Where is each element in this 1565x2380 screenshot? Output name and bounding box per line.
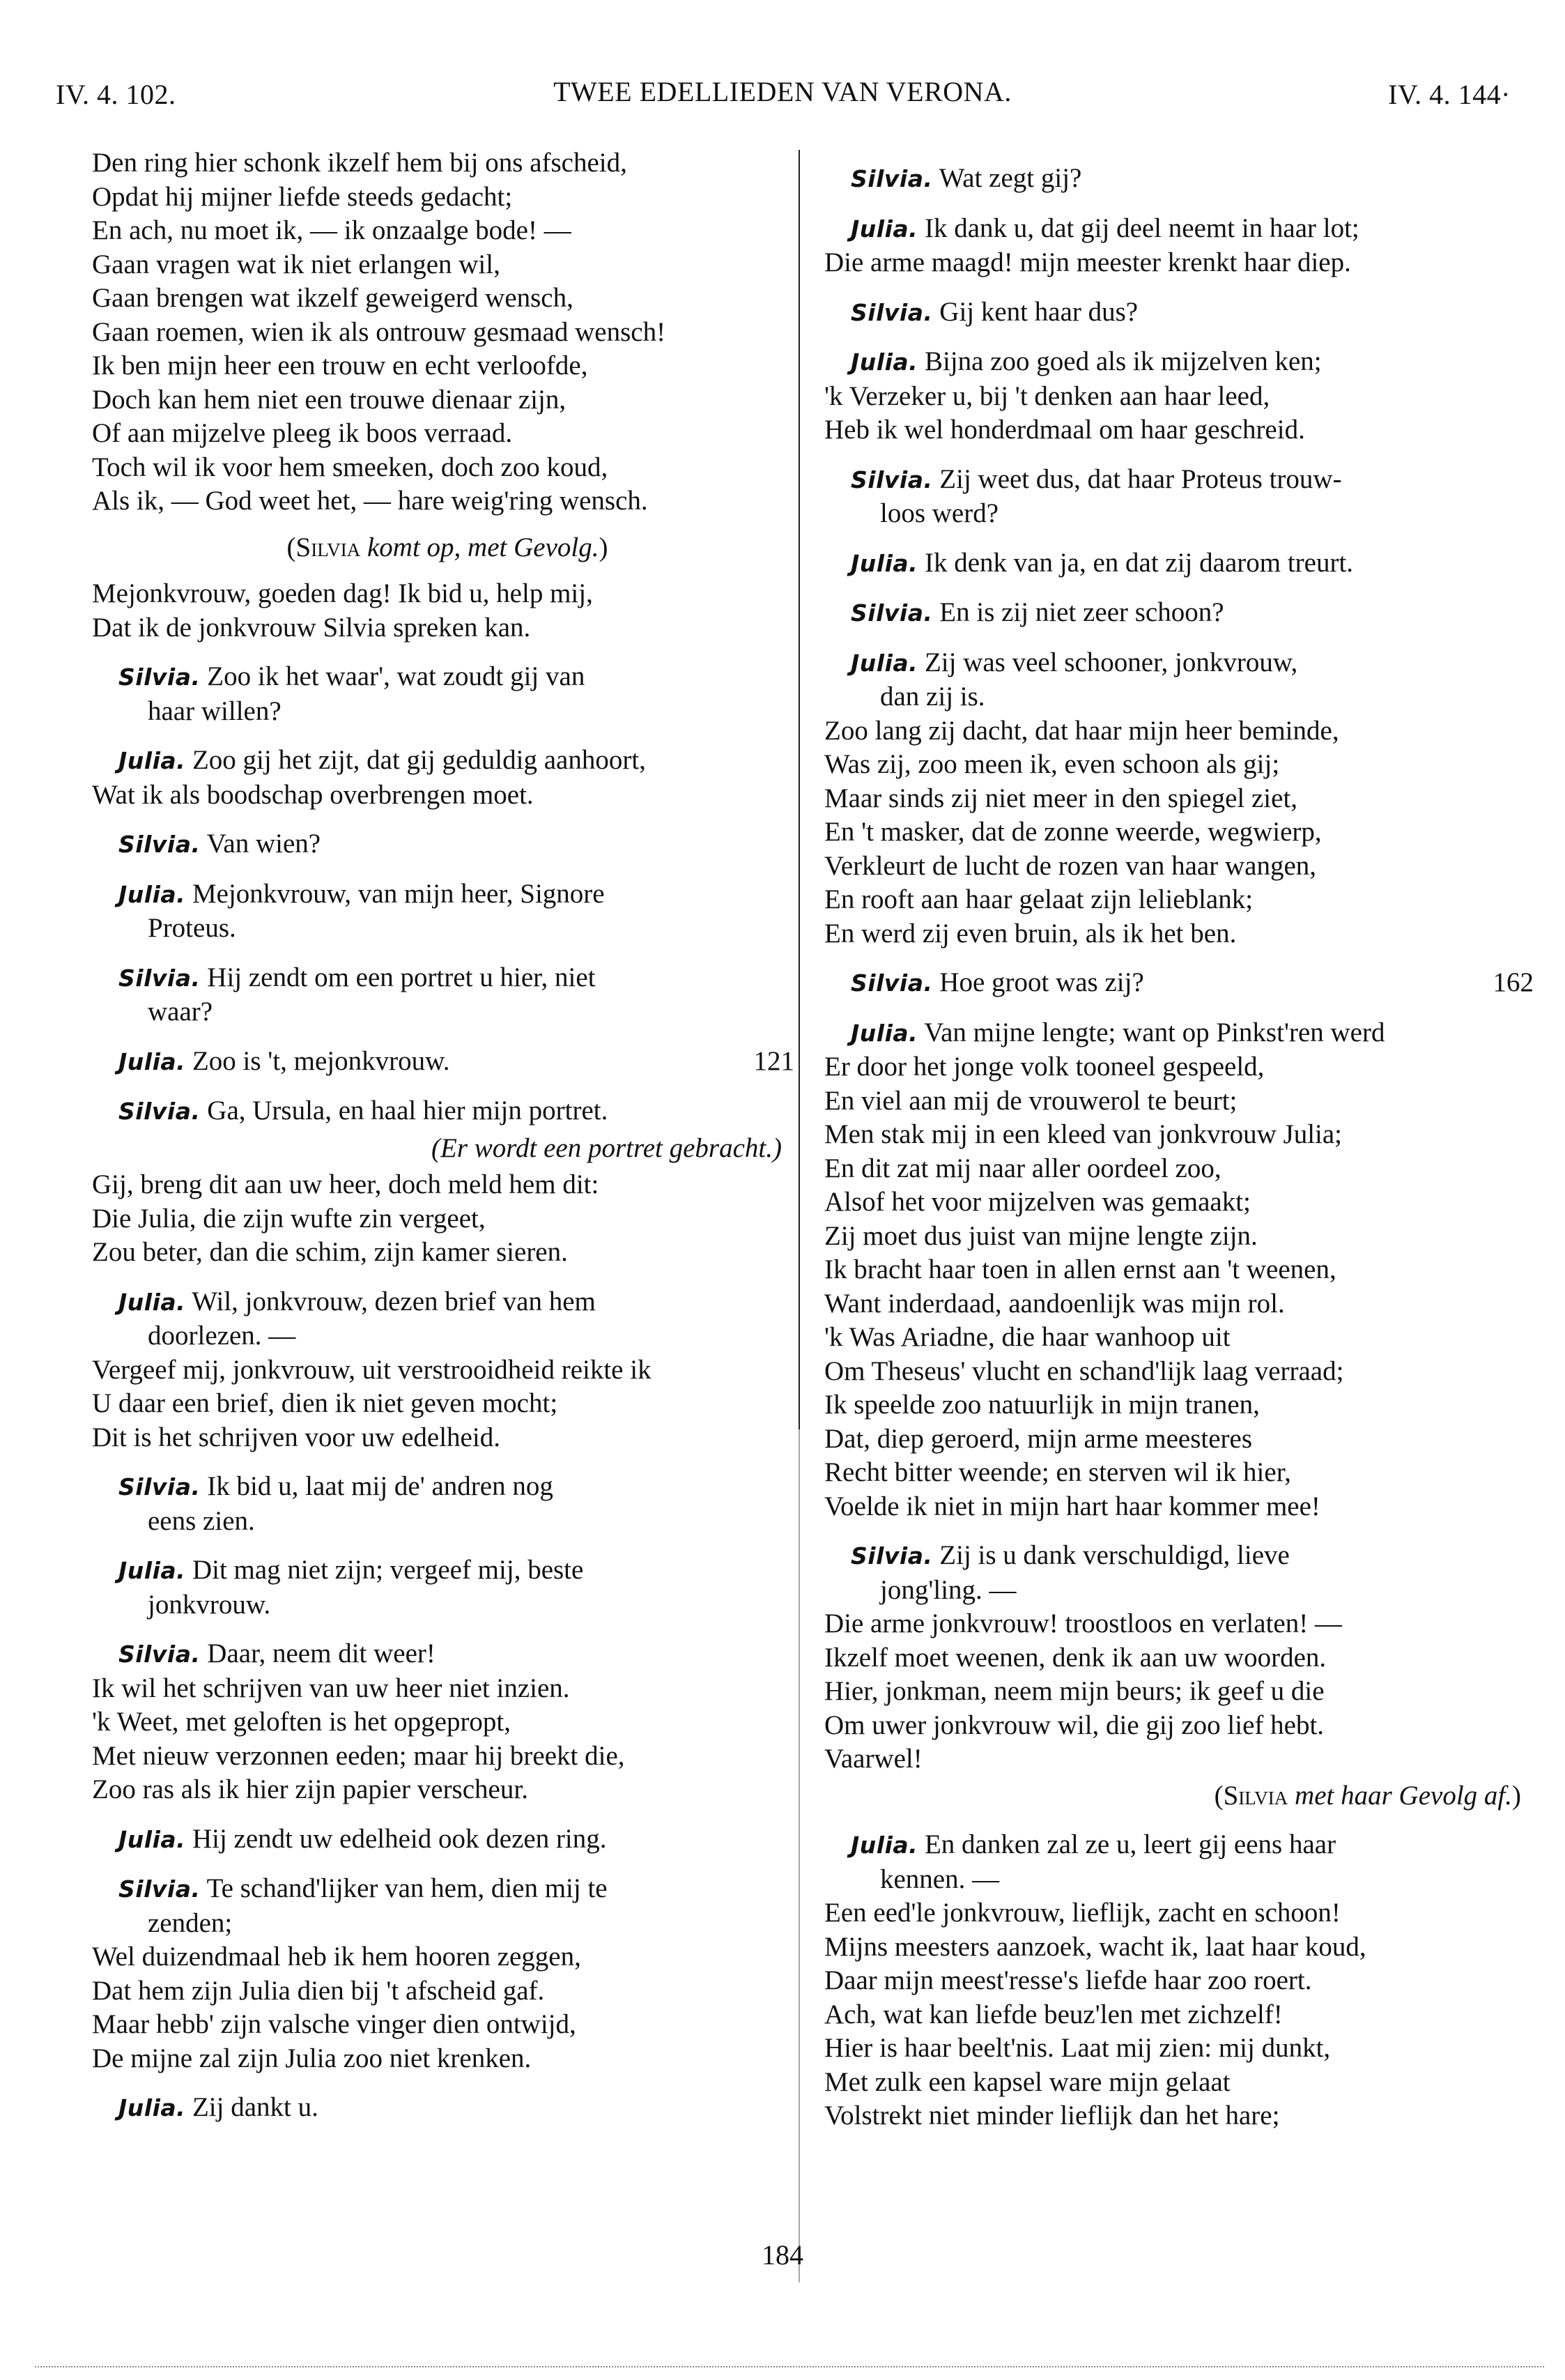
speaker-name: Julia. xyxy=(118,881,185,908)
speech-block: Silvia. Wat zegt gij? xyxy=(824,162,1542,197)
speech-text: Zij weet dus, dat haar Proteus trouw- xyxy=(939,464,1341,494)
verse-line: Er door het jonge volk tooneel gespeeld, xyxy=(824,1050,1542,1084)
speech-continuation: waar? xyxy=(92,995,803,1029)
verse-line: En werd zij even bruin, als ik het ben. xyxy=(824,917,1542,951)
speaker-name: Julia. xyxy=(118,1289,185,1316)
speech-first-line: Julia. Dit mag niet zijn; vergeef mij, b… xyxy=(92,1553,803,1588)
speaker-name: Silvia. xyxy=(118,1641,201,1668)
page-number: 184 xyxy=(0,2239,1565,2271)
speech-block: Silvia. Ik bid u, laat mij de' andren no… xyxy=(92,1470,803,1538)
speech-text: Bijna zoo goed als ik mijzelven ken; xyxy=(925,346,1322,376)
speech-text: Hij zendt om een portret u hier, niet xyxy=(207,962,595,992)
speech-continuation: jong'ling. — xyxy=(824,1574,1542,1608)
paren-close: ) xyxy=(599,532,608,562)
speech-first-line: Silvia. Ik bid u, laat mij de' andren no… xyxy=(92,1470,803,1505)
verse-line: Wat ik als boodschap overbrengen moet. xyxy=(92,778,803,813)
speaker-name: Julia. xyxy=(118,1048,185,1075)
speech-first-line: Silvia. Gij kent haar dus? xyxy=(824,295,1542,330)
speaker-name: Silvia. xyxy=(118,1473,201,1500)
speech-continuation: loos werd? xyxy=(824,497,1542,531)
paren-open: ( xyxy=(1215,1781,1224,1811)
verse-line: Maar hebb' zijn valsche vinger dien ontw… xyxy=(92,2008,803,2042)
running-header: IV. 4. 102. TWEE EDELLIEDEN VAN VERONA. … xyxy=(42,78,1523,120)
speech-block: Julia. Ik dank u, dat gij deel neemt in … xyxy=(824,212,1542,280)
scan-edge-dots xyxy=(35,2366,1544,2369)
right-column: Silvia. Wat zegt gij?Julia. Ik dank u, d… xyxy=(824,146,1542,2133)
speech-text: Dit mag niet zijn; vergeef mij, beste xyxy=(192,1555,583,1585)
verse-line: Ik ben mijn heer een trouw en echt verlo… xyxy=(92,349,803,383)
speech-block: Julia. Van mijne lengte; want op Pinkst'… xyxy=(824,1016,1542,1524)
verse-line: Of aan mijzelve pleeg ik boos verraad. xyxy=(92,417,803,451)
speech-block: Silvia. Gij kent haar dus? xyxy=(824,295,1542,330)
speech-text: Te schand'lijker van hem, dien mij te xyxy=(207,1873,608,1903)
speech-block: Julia. Bijna zoo goed als ik mijzelven k… xyxy=(824,345,1542,447)
speech-block: Julia. Dit mag niet zijn; vergeef mij, b… xyxy=(92,1553,803,1622)
verse-line: Zij moet dus juist van mijne lengte zijn… xyxy=(824,1220,1542,1254)
speech-block: Silvia. Zij is u dank verschuldigd, liev… xyxy=(824,1539,1542,1776)
speech-first-line: Silvia. Hij zendt om een portret u hier,… xyxy=(92,961,803,996)
speech-text: Zoo is 't, mejonkvrouw. xyxy=(192,1046,450,1076)
speech-block: Silvia. Ga, Ursula, en haal hier mijn po… xyxy=(92,1094,803,1129)
speech-block: Silvia. Te schand'lijker van hem, dien m… xyxy=(92,1872,803,2075)
verse-line: Vaarwel! xyxy=(824,1742,1542,1776)
speech-first-line: Julia. Zoo is 't, mejonkvrouw.121 xyxy=(92,1045,803,1080)
speech-text: Van mijne lengte; want op Pinkst'ren wer… xyxy=(924,1018,1385,1047)
speech-first-line: Julia. Mejonkvrouw, van mijn heer, Signo… xyxy=(92,877,803,912)
verse-line: En rooft aan haar gelaat zijn lelieblank… xyxy=(824,883,1542,917)
speech-first-line: Julia. Ik denk van ja, en dat zij daarom… xyxy=(824,546,1542,581)
speech-continuation: jonkvrouw. xyxy=(92,1588,803,1622)
speech-first-line: Silvia. Ga, Ursula, en haal hier mijn po… xyxy=(92,1094,803,1129)
speech-text: En danken zal ze u, leert gij eens haar xyxy=(925,1829,1336,1859)
speech-text: Van wien? xyxy=(207,829,321,859)
paren-close: ) xyxy=(1512,1781,1521,1811)
speaker-name: Silvia. xyxy=(851,466,933,493)
verse-line: Den ring hier schonk ikzelf hem bij ons … xyxy=(92,146,803,181)
speaker-name: Silvia. xyxy=(851,165,933,192)
verse-line: De mijne zal zijn Julia zoo niet krenken… xyxy=(92,2042,803,2076)
speech-text: Wat zegt gij? xyxy=(939,163,1082,193)
speech-first-line: Silvia. Te schand'lijker van hem, dien m… xyxy=(92,1872,803,1907)
speech-first-line: Silvia. Hoe groot was zij?162 xyxy=(824,966,1542,1001)
verse-line: Maar sinds zij niet meer in den spiegel … xyxy=(824,782,1542,816)
speech-first-line: Silvia. En is zij niet zeer schoon? xyxy=(824,596,1542,631)
speaker-name: Julia. xyxy=(851,650,918,677)
verse-line: Opdat hij mijner liefde steeds gedacht; xyxy=(92,181,803,215)
speech-first-line: Julia. Wil, jonkvrouw, dezen brief van h… xyxy=(92,1285,803,1320)
line-number: 121 xyxy=(754,1045,803,1079)
verse-line: Mejonkvrouw, goeden dag! Ik bid u, help … xyxy=(92,577,803,611)
speech-first-line: Julia. Van mijne lengte; want op Pinkst'… xyxy=(824,1016,1542,1051)
stage-text: met haar Gevolg af. xyxy=(1288,1781,1512,1811)
character-name: Silvia xyxy=(1224,1781,1288,1811)
verse-line: 'k Was Ariadne, die haar wanhoop uit xyxy=(824,1321,1542,1355)
verse-line: Doch kan hem niet een trouwe dienaar zij… xyxy=(92,383,803,417)
stage-direction: (Silvia komt op, met Gevolg.) xyxy=(92,531,803,565)
verse-line: En 't masker, dat de zonne weerde, wegwi… xyxy=(824,815,1542,850)
speech-text: Zij is u dank verschuldigd, lieve xyxy=(939,1540,1290,1570)
verse-line: Voelde ik niet in mijn hart haar kommer … xyxy=(824,1490,1542,1524)
verse-line: Gaan vragen wat ik niet erlangen wil, xyxy=(92,248,803,282)
verse-line: En viel aan mij de vrouwerol te beurt; xyxy=(824,1084,1542,1119)
speech-text: Wil, jonkvrouw, dezen brief van hem xyxy=(192,1287,596,1316)
stage-text: komt op, met Gevolg. xyxy=(360,532,599,562)
verse-line: 'k Weet, met geloften is het opgepropt, xyxy=(92,1705,803,1740)
speech-block: Julia. Hij zendt uw edelheid ook dezen r… xyxy=(92,1822,803,1857)
verse-line: Met zulk een kapsel ware mijn gelaat xyxy=(824,2066,1542,2100)
speech-continuation: eens zien. xyxy=(92,1505,803,1539)
speech-text: Ik denk van ja, en dat zij daarom treurt… xyxy=(925,548,1353,578)
speech-first-line: Silvia. Van wien? xyxy=(92,827,803,862)
speech-block: Julia. Zij was veel schooner, jonkvrouw,… xyxy=(824,646,1542,951)
speaker-name: Julia. xyxy=(118,2094,185,2121)
speaker-name: Julia. xyxy=(851,550,918,577)
speech-continuation: zenden; xyxy=(92,1907,803,1941)
verse-line: Vergeef mij, jonkvrouw, uit verstrooidhe… xyxy=(92,1353,803,1388)
speaker-name: Silvia. xyxy=(118,663,201,691)
character-name: Silvia xyxy=(296,532,361,562)
verse-line: En dit zat mij naar aller oordeel zoo, xyxy=(824,1152,1542,1186)
verse-line: Ikzelf moet weenen, denk ik aan uw woord… xyxy=(824,1641,1542,1675)
speech-block: Julia. Mejonkvrouw, van mijn heer, Signo… xyxy=(92,877,803,946)
stage-direction: (Er wordt een portret gebracht.) xyxy=(92,1132,803,1166)
verse-line: Dat, diep geroerd, mijn arme meesteres xyxy=(824,1422,1542,1457)
verse-line: Een eed'le jonkvrouw, lieflijk, zacht en… xyxy=(824,1896,1542,1930)
verse-line: Want inderdaad, aandoenlijk was mijn rol… xyxy=(824,1287,1542,1321)
verse-line: Zoo lang zij dacht, dat haar mijn heer b… xyxy=(824,714,1542,748)
verse-line: Gaan roemen, wien ik als ontrouw gesmaad… xyxy=(92,316,803,350)
speech-text: Mejonkvrouw, van mijn heer, Signore xyxy=(192,879,605,909)
speaker-name: Silvia. xyxy=(118,965,201,992)
verse-line: Die Julia, die zijn wufte zin vergeet, xyxy=(92,1202,803,1236)
verse-line: Hier, jonkman, neem mijn beurs; ik geef … xyxy=(824,1675,1542,1709)
speaker-name: Julia. xyxy=(851,348,918,376)
speech-first-line: Silvia. Zoo ik het waar', wat zoudt gij … xyxy=(92,660,803,695)
speech-block: Julia. Ik denk van ja, en dat zij daarom… xyxy=(824,546,1542,581)
verse-line: Wel duizendmaal heb ik hem hooren zeggen… xyxy=(92,1940,803,1974)
speech-block: Silvia. Daar, neem dit weer!Ik wil het s… xyxy=(92,1637,803,1807)
speech-text: Zoo ik het waar', wat zoudt gij van xyxy=(207,661,585,691)
speech-first-line: Silvia. Daar, neem dit weer! xyxy=(92,1637,803,1672)
speaker-name: Silvia. xyxy=(851,599,933,627)
verse-line: Ach, wat kan liefde beuz'len met zichzel… xyxy=(824,1998,1542,2032)
verse-line: Dat hem zijn Julia dien bij 't afscheid … xyxy=(92,1974,803,2009)
speech-block: Julia. Zij dankt u. xyxy=(92,2091,803,2126)
verse-line: Die arme maagd! mijn meester krenkt haar… xyxy=(824,246,1542,280)
verse-line: Recht bitter weende; en sterven wil ik h… xyxy=(824,1456,1542,1490)
speech-first-line: Silvia. Zij weet dus, dat haar Proteus t… xyxy=(824,463,1542,498)
verse-line: 'k Verzeker u, bij 't denken aan haar le… xyxy=(824,380,1542,414)
speech-block: Julia. Zoo gij het zijt, dat gij geduldi… xyxy=(92,744,803,812)
speaker-name: Silvia. xyxy=(851,299,933,326)
speech-continuation: doorlezen. — xyxy=(92,1319,803,1353)
speech-text: Ik dank u, dat gij deel neemt in haar lo… xyxy=(925,213,1359,243)
speaker-name: Julia. xyxy=(851,215,918,243)
speaker-name: Silvia. xyxy=(851,1542,933,1569)
speech-continuation: kennen. — xyxy=(824,1863,1542,1897)
speech-text: Zoo gij het zijt, dat gij geduldig aanho… xyxy=(192,745,646,775)
verse-line: Men stak mij in een kleed van jonkvrouw … xyxy=(824,1118,1542,1152)
speech-text: Daar, neem dit weer! xyxy=(207,1638,435,1668)
speech-first-line: Julia. Ik dank u, dat gij deel neemt in … xyxy=(824,212,1542,247)
speech-block: Silvia. Hij zendt om een portret u hier,… xyxy=(92,961,803,1029)
speech-block: Silvia. Hoe groot was zij?162 xyxy=(824,966,1542,1001)
speaker-name: Silvia. xyxy=(118,1875,201,1903)
verse-line: Heb ik wel honderdmaal om haar geschreid… xyxy=(824,413,1542,447)
speaker-name: Julia. xyxy=(851,1832,918,1859)
verse-line: Om uwer jonkvrouw wil, die gij zoo lief … xyxy=(824,1709,1542,1743)
speech-text: Ik bid u, laat mij de' andren nog xyxy=(207,1471,553,1501)
verse-line: Mijns meesters aanzoek, wacht ik, laat h… xyxy=(824,1930,1542,1965)
speech-block: Julia. En danken zal ze u, leert gij een… xyxy=(824,1828,1542,2133)
verse-line: Dit is het schrijven voor uw edelheid. xyxy=(92,1421,803,1455)
speech-block: Julia. Zoo is 't, mejonkvrouw.121 xyxy=(92,1045,803,1080)
verse-line: Toch wil ik voor hem smeeken, doch zoo k… xyxy=(92,451,803,485)
verse-line: Als ik, — God weet het, — hare weig'ring… xyxy=(92,484,803,519)
verse-line: Was zij, zoo meen ik, even schoon als gi… xyxy=(824,748,1542,782)
speech-first-line: Julia. Zij dankt u. xyxy=(92,2091,803,2126)
speaker-name: Julia. xyxy=(118,1826,185,1853)
speaker-name: Julia. xyxy=(118,1557,185,1584)
line-number: 162 xyxy=(1493,966,1543,1000)
verse-line: Gij, breng dit aan uw heer, doch meld he… xyxy=(92,1168,803,1202)
verse-line: Dat ik de jonkvrouw Silvia spreken kan. xyxy=(92,611,803,645)
verse-line: U daar een brief, dien ik niet geven moc… xyxy=(92,1387,803,1421)
speech-first-line: Julia. Zij was veel schooner, jonkvrouw, xyxy=(824,646,1542,681)
speech-text: En is zij niet zeer schoon? xyxy=(939,597,1224,627)
verse-line: Om Theseus' vlucht en schand'lijk laag v… xyxy=(824,1355,1542,1389)
speech-continuation: dan zij is. xyxy=(824,680,1542,714)
speech-first-line: Julia. En danken zal ze u, leert gij een… xyxy=(824,1828,1542,1863)
speech-continuation: haar willen? xyxy=(92,695,803,729)
speaker-name: Silvia. xyxy=(851,969,933,997)
speaker-name: Julia. xyxy=(118,747,185,774)
speech-text: Zij was veel schooner, jonkvrouw, xyxy=(925,647,1297,677)
verse-line: Ik bracht haar toen in allen ernst aan '… xyxy=(824,1253,1542,1287)
verse-line: Met nieuw verzonnen eeden; maar hij bree… xyxy=(92,1740,803,1774)
speaker-name: Silvia. xyxy=(118,1098,201,1125)
verse-line: Hier is haar beelt'nis. Laat mij zien: m… xyxy=(824,2032,1542,2066)
verse-line: En ach, nu moet ik, — ik onzaalge bode! … xyxy=(92,214,803,248)
speech-first-line: Julia. Hij zendt uw edelheid ook dezen r… xyxy=(92,1822,803,1857)
speech-continuation: Proteus. xyxy=(92,912,803,946)
speech-first-line: Julia. Bijna zoo goed als ik mijzelven k… xyxy=(824,345,1542,380)
speech-block: Silvia. Zoo ik het waar', wat zoudt gij … xyxy=(92,660,803,728)
verse-line: Daar mijn meest'resse's liefde haar zoo … xyxy=(824,1964,1542,1998)
header-act-scene-end: IV. 4. 144· xyxy=(1388,78,1511,111)
verse-line: Ik speelde zoo natuurlijk in mijn tranen… xyxy=(824,1388,1542,1422)
speech-first-line: Julia. Zoo gij het zijt, dat gij geduldi… xyxy=(92,744,803,778)
speaker-name: Julia. xyxy=(851,1020,918,1047)
verse-line: Alsof het voor mijzelven was gemaakt; xyxy=(824,1185,1542,1220)
speech-first-line: Silvia. Zij is u dank verschuldigd, liev… xyxy=(824,1539,1542,1574)
speech-text: Ga, Ursula, en haal hier mijn portret. xyxy=(207,1096,608,1126)
paren-open: ( xyxy=(287,532,296,562)
speaker-name: Silvia. xyxy=(118,831,201,858)
verse-line: Zoo ras als ik hier zijn papier verscheu… xyxy=(92,1773,803,1807)
stage-direction: (Silvia met haar Gevolg af.) xyxy=(824,1779,1542,1813)
verse-line: Volstrekt niet minder lieflijk dan het h… xyxy=(824,2099,1542,2133)
verse-line: Gaan brengen wat ikzelf geweigerd wensch… xyxy=(92,282,803,316)
speech-text: Hij zendt uw edelheid ook dezen ring. xyxy=(192,1824,607,1854)
verse-line: Verkleurt de lucht de rozen van haar wan… xyxy=(824,850,1542,884)
speech-block: Julia. Wil, jonkvrouw, dezen brief van h… xyxy=(92,1285,803,1455)
speech-text: Zij dankt u. xyxy=(192,2092,318,2122)
speech-block: Silvia. Zij weet dus, dat haar Proteus t… xyxy=(824,463,1542,531)
speech-first-line: Silvia. Wat zegt gij? xyxy=(824,162,1542,197)
left-column: Den ring hier schonk ikzelf hem bij ons … xyxy=(92,146,803,2126)
verse-line: Die arme jonkvrouw! troostloos en verlat… xyxy=(824,1607,1542,1641)
speech-block: Silvia. Van wien? xyxy=(92,827,803,862)
speech-block: Silvia. En is zij niet zeer schoon? xyxy=(824,596,1542,631)
header-title: TWEE EDELLIEDEN VAN VERONA. xyxy=(42,75,1523,108)
speech-text: Gij kent haar dus? xyxy=(939,297,1138,327)
verse-line: Zou beter, dan die schim, zijn kamer sie… xyxy=(92,1236,803,1270)
verse-line: Ik wil het schrijven van uw heer niet in… xyxy=(92,1672,803,1706)
speech-text: Hoe groot was zij? xyxy=(939,967,1144,997)
